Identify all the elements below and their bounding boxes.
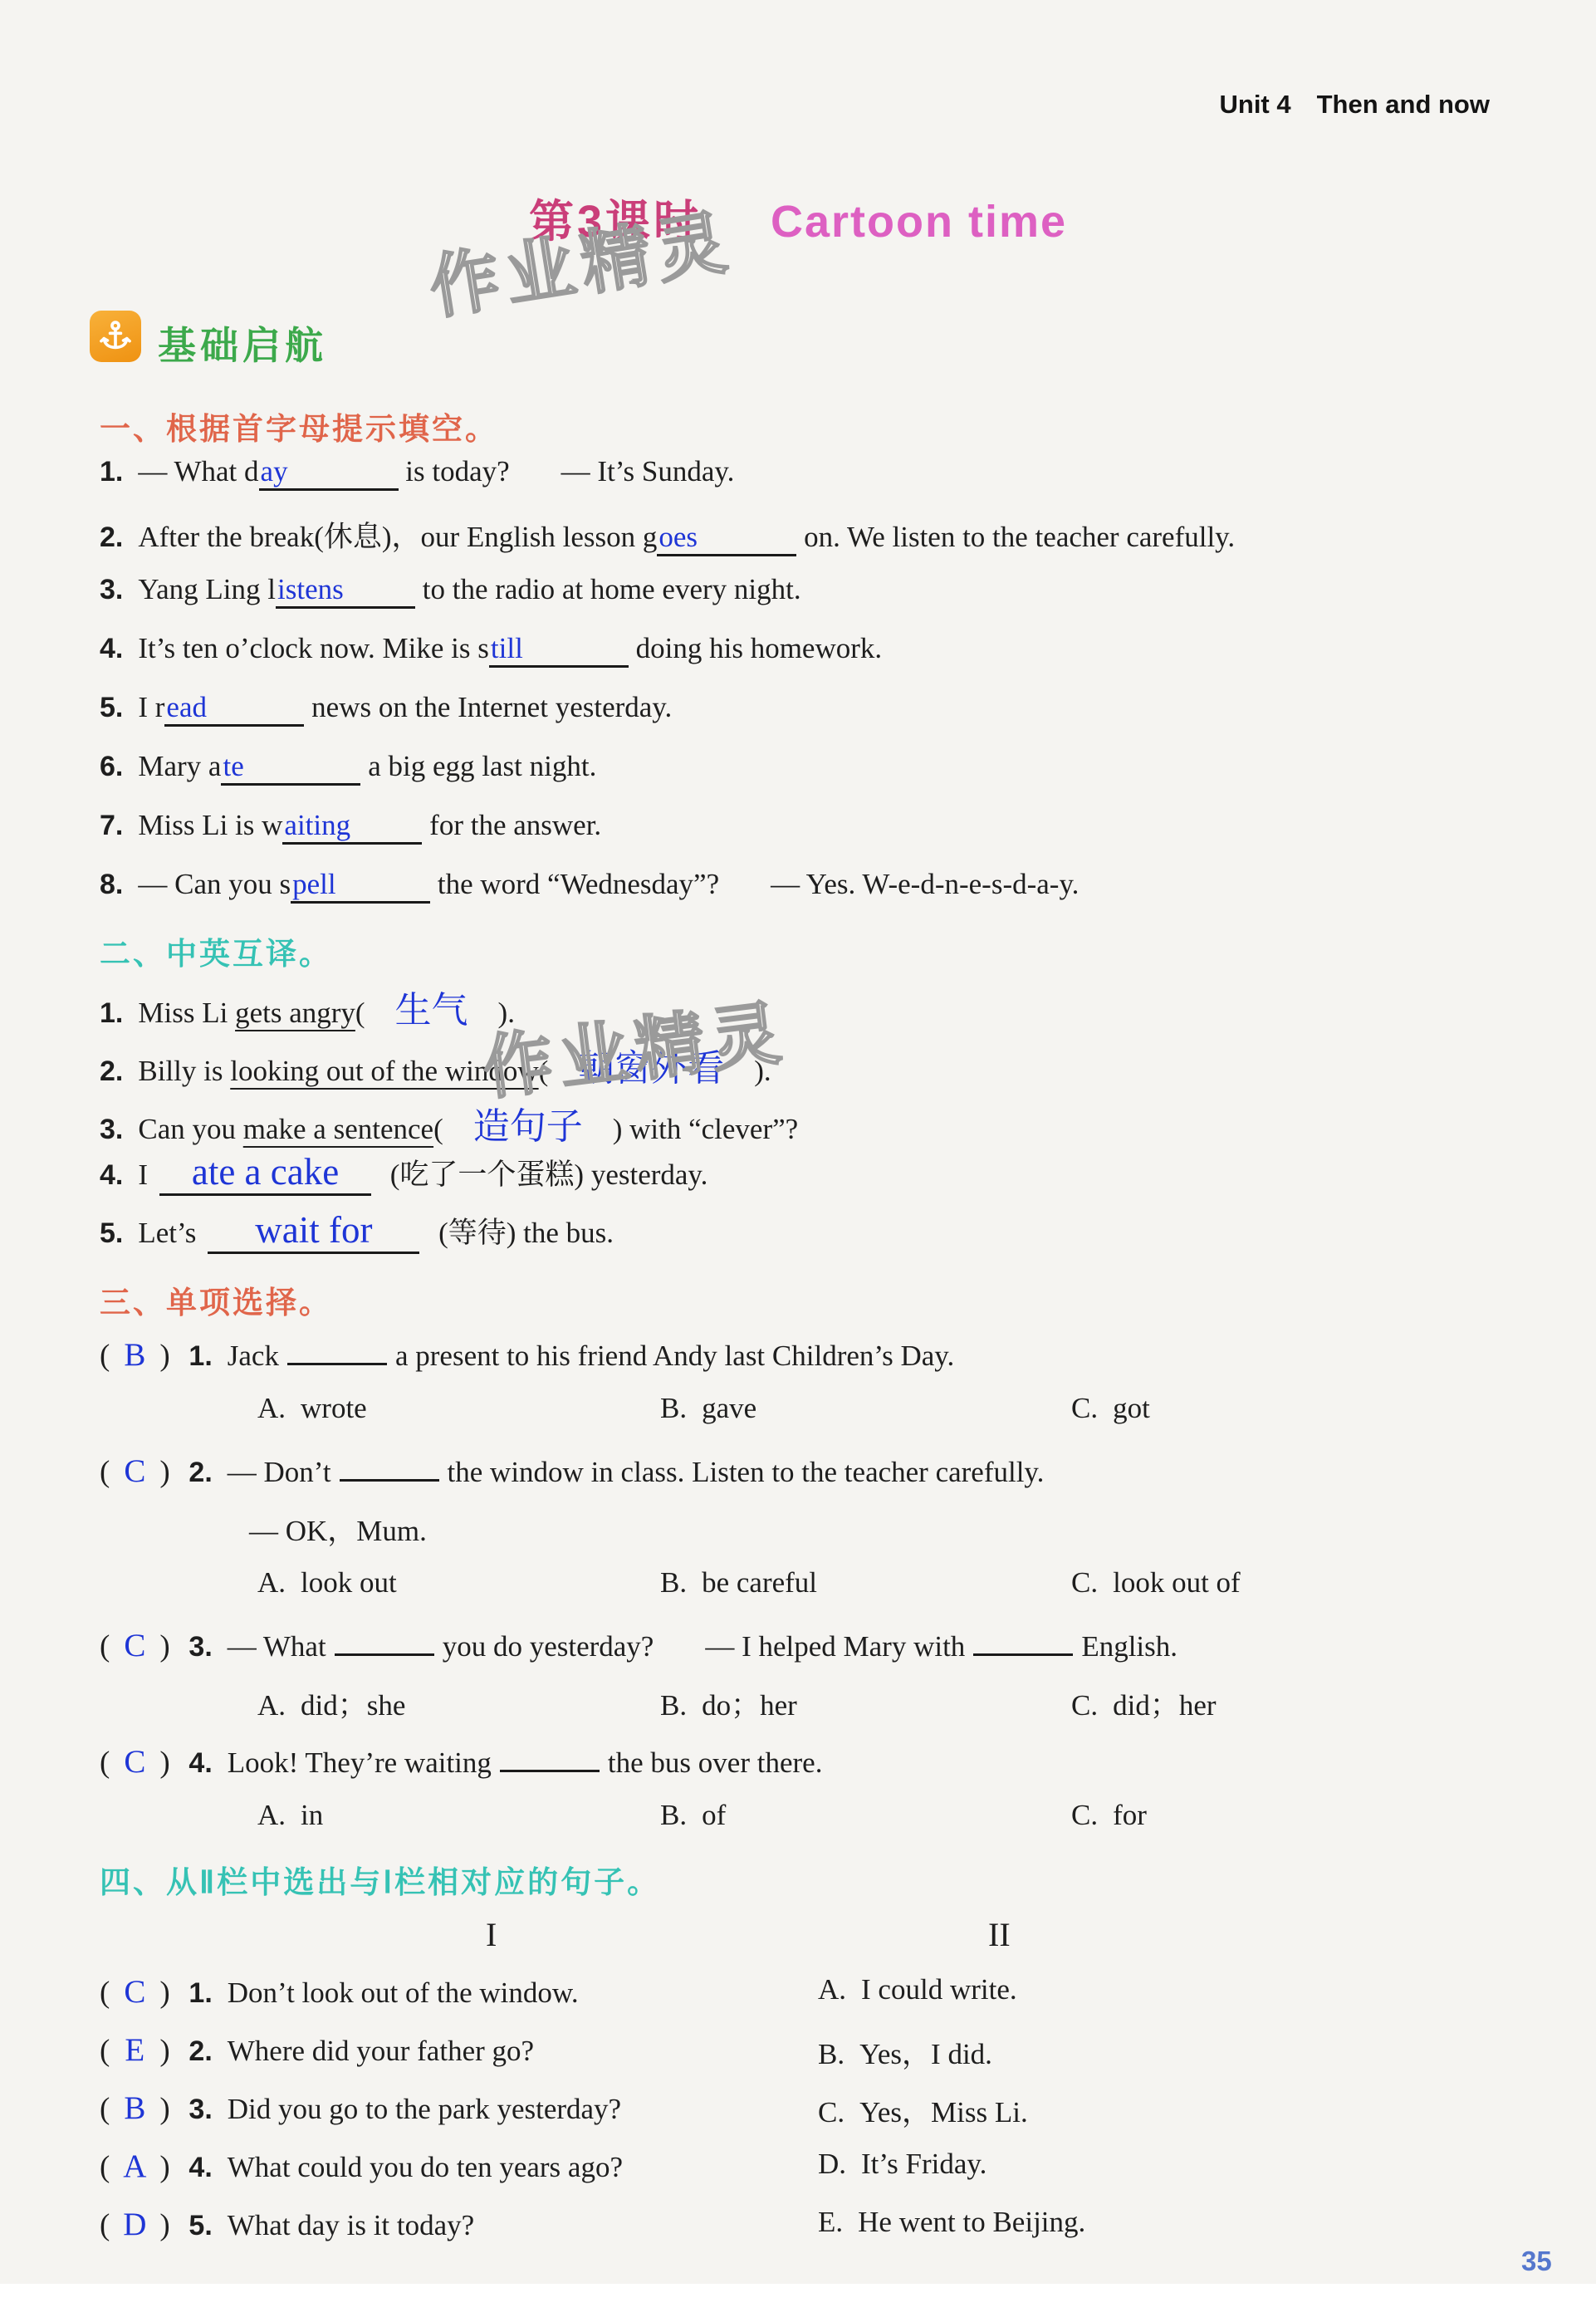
item-text: doing his homework. (636, 632, 883, 664)
item-number: 3. (188, 1631, 212, 1663)
paren: ) (159, 1976, 169, 2010)
section-1-heading: 一、根据首字母提示填空。 (100, 404, 498, 448)
section-3-heading: 三、单项选择。 (100, 1277, 332, 1322)
option-text: look out of (1113, 1566, 1241, 1599)
option-a: A.look out (257, 1566, 397, 1599)
underlined-phrase: looking out of the window (230, 1055, 538, 1087)
option-text: wrote (301, 1392, 367, 1424)
paren: ) (159, 2092, 169, 2126)
match-right-text: I could write. (861, 1973, 1017, 2006)
paren: ). (498, 997, 515, 1029)
paren: ( (100, 2092, 110, 2126)
question-text: — Don’t (228, 1456, 331, 1488)
item-number: 7. (100, 810, 123, 841)
paren: ( (100, 2208, 110, 2242)
section-4-heading: 四、从Ⅱ栏中选出与Ⅰ栏相对应的句子。 (100, 1857, 660, 1902)
blank-answer: aiting (284, 809, 350, 841)
chinese-answer: 造句子 (473, 1106, 583, 1147)
question-text: — What (228, 1630, 326, 1663)
item-text: (吃了一个蛋糕) yesterday. (390, 1158, 708, 1191)
fill-item-4: 4.It’s ten o’clock now. Mike is still do… (100, 632, 882, 668)
item-text: It’s ten o’clock now. Mike is s (138, 632, 489, 664)
lesson-topic: Cartoon time (771, 197, 1067, 247)
option-letter: A. (257, 1392, 286, 1424)
paren: ). (754, 1055, 771, 1087)
item-number: 4. (188, 1747, 212, 1779)
question-blank (287, 1334, 387, 1365)
item-number: 4. (100, 1159, 123, 1191)
item-text: After the break(休息)，our English lesson g (138, 521, 657, 553)
answer-letter: C (110, 1973, 159, 2011)
option-b: B.of (660, 1799, 726, 1832)
question-text: you do yesterday? (443, 1630, 654, 1663)
lesson-number: 第3课时 (529, 197, 702, 247)
fill-item-2: 2.After the break(休息)，our English lesson… (100, 514, 1235, 556)
option-text: look out (301, 1566, 397, 1599)
option-c: C.for (1071, 1799, 1147, 1832)
choice-question-4: (C) 4.Look! They’re waitingthe bus over … (100, 1741, 822, 1781)
option-c: C.look out of (1071, 1566, 1241, 1599)
match-row-5: (D) 5.What day is it today? E.He went to… (100, 2206, 1511, 2243)
option-letter: C. (818, 2096, 845, 2128)
answer-letter: C (110, 1743, 159, 1781)
blank-answer: till (491, 632, 523, 664)
item-number: 2. (100, 1056, 123, 1087)
option-text: in (301, 1799, 323, 1831)
item-text: Billy is (138, 1055, 230, 1087)
item-number: 5. (188, 2210, 212, 2241)
match-right-text: He went to Beijing. (858, 2206, 1085, 2238)
option-text: gave (702, 1392, 756, 1424)
option-text: be careful (702, 1566, 817, 1599)
item-text: I (138, 1158, 148, 1191)
page-bottom-margin (0, 2284, 1596, 2317)
option-letter: A. (257, 1799, 286, 1831)
question-blank (973, 1624, 1073, 1656)
item-number: 1. (100, 456, 123, 487)
item-text: — It’s Sunday. (561, 455, 735, 487)
option-letter: B. (660, 1799, 687, 1831)
item-text: on. We listen to the teacher carefully. (804, 521, 1235, 553)
item-text: a big egg last night. (368, 750, 596, 782)
paren: ( (100, 2034, 110, 2068)
answer-blank: aiting (282, 809, 422, 845)
option-letter: E. (818, 2206, 843, 2238)
question-text: — OK，Mum. (249, 1515, 427, 1547)
item-text: for the answer. (429, 809, 601, 841)
item-text: Mary a (138, 750, 221, 782)
item-text: is today? (405, 455, 509, 487)
item-text: Miss Li is w (138, 809, 282, 841)
answer-blank: ay (259, 455, 399, 491)
chinese-answer: 朝窗外看 (578, 1048, 724, 1089)
option-text: for (1113, 1799, 1147, 1831)
item-text: Let’s (138, 1217, 196, 1249)
paren: ) with “clever”? (613, 1113, 798, 1145)
fill-item-7: 7.Miss Li is waiting for the answer. (100, 809, 601, 845)
question-text: the bus over there. (608, 1746, 823, 1779)
item-text: — Can you s (138, 868, 291, 900)
option-a: A.did；she (257, 1683, 405, 1724)
badge-label: 基础启航 (158, 316, 327, 370)
paren: ) (159, 1339, 169, 1373)
match-right: A.I could write. (818, 1973, 1017, 2006)
answer-letter: A (110, 2148, 159, 2185)
question-blank (340, 1450, 439, 1482)
answer-letter: B (110, 2089, 159, 2127)
answer-blank: ead (164, 691, 304, 727)
anchor-icon (90, 311, 141, 362)
paren: ) (159, 2208, 169, 2242)
item-number: 3. (188, 2094, 212, 2125)
item-number: 1. (188, 1340, 212, 1372)
option-letter: A. (257, 1689, 286, 1722)
paren: ( (355, 997, 365, 1029)
chinese-answer: 生气 (395, 990, 468, 1031)
match-right: B.Yes，I did. (818, 2031, 992, 2073)
fill-item-3: 3.Yang Ling listens to the radio at home… (100, 573, 801, 609)
workbook-page: { "header": { "unit_label": "Unit 4 Then… (0, 0, 1596, 2317)
blank-answer: oes (658, 521, 698, 553)
match-right-text: It’s Friday. (861, 2148, 986, 2180)
option-text: do；her (702, 1689, 797, 1722)
item-number: 3. (100, 1114, 123, 1145)
choice-question-2: (C) 2.— Don’tthe window in class. Listen… (100, 1450, 1044, 1490)
translate-item-3: 3.Can you make a sentence(造句子) with “cle… (100, 1096, 798, 1149)
match-right: E.He went to Beijing. (818, 2206, 1085, 2239)
answer-blank: wait for (208, 1208, 419, 1254)
question-text: a present to his friend Andy last Childr… (395, 1340, 954, 1372)
answer-blank: ate a cake (159, 1150, 371, 1196)
choice-question-2-line2: — OK，Mum. (249, 1508, 427, 1550)
match-right: D.It’s Friday. (818, 2148, 986, 2181)
item-text: the word “Wednesday”? (438, 868, 719, 900)
fill-item-1: 1.— What day is today?— It’s Sunday. (100, 455, 734, 491)
match-left-text: What day is it today? (228, 2209, 474, 2241)
item-number: 4. (100, 633, 123, 664)
paren: ( (100, 1629, 110, 1663)
match-row-3: (B) 3.Did you go to the park yesterday? … (100, 2089, 1511, 2127)
blank-answer: istens (277, 573, 344, 605)
underlined-phrase: gets angry (235, 997, 355, 1029)
item-text: (等待) the bus. (438, 1217, 614, 1249)
fill-item-8: 8.— Can you spell the word “Wednesday”?—… (100, 868, 1079, 904)
item-text: Can you (138, 1113, 242, 1145)
paren: ) (159, 1455, 169, 1489)
answer-letter: C (110, 1452, 159, 1490)
item-number: 5. (100, 692, 123, 723)
translate-item-2: 2.Billy is looking out of the window(朝窗外… (100, 1038, 771, 1091)
option-c: C.got (1071, 1392, 1150, 1425)
option-letter: C. (1071, 1392, 1098, 1424)
item-number: 3. (100, 574, 123, 605)
option-letter: B. (660, 1566, 687, 1599)
option-a: A.in (257, 1799, 323, 1832)
answer-blank: te (221, 750, 360, 786)
paren: ( (100, 1746, 110, 1780)
option-text: of (702, 1799, 726, 1831)
paren: ( (539, 1055, 549, 1087)
paren: ( (100, 1339, 110, 1373)
item-text: I r (138, 691, 164, 723)
item-text: news on the Internet yesterday. (311, 691, 672, 723)
question-text: the window in class. Listen to the teach… (448, 1456, 1045, 1488)
paren: ) (159, 2150, 169, 2184)
item-text: to the radio at home every night. (423, 573, 801, 605)
question-text: Jack (228, 1340, 279, 1372)
option-letter: B. (660, 1392, 687, 1424)
option-letter: C. (1071, 1689, 1098, 1722)
answer-letter: D (110, 2206, 159, 2243)
fill-item-5: 5.I read news on the Internet yesterday. (100, 691, 672, 727)
unit-header: Unit 4 Then and now (1220, 83, 1491, 120)
underlined-phrase: make a sentence (243, 1113, 433, 1145)
question-text: — I helped Mary with (705, 1630, 965, 1663)
paren: ) (159, 1746, 169, 1780)
answer-letter: C (110, 1627, 159, 1664)
match-row-4: (A) 4.What could you do ten years ago? D… (100, 2148, 1511, 2185)
item-text: — What d (138, 455, 258, 487)
answer-letter: E (110, 2031, 159, 2069)
section-2-heading: 二、中英互译。 (100, 928, 332, 973)
item-number: 2. (188, 2035, 212, 2067)
match-left-text: Don’t look out of the window. (228, 1977, 579, 2009)
item-number: 8. (100, 869, 123, 900)
item-number: 2. (100, 522, 123, 553)
option-letter: B. (660, 1689, 687, 1722)
question-blank (500, 1741, 600, 1772)
match-right-text: Yes，Miss Li. (859, 2096, 1028, 2128)
option-letter: D. (818, 2148, 846, 2180)
answer-letter: B (110, 1336, 159, 1374)
match-right-text: Yes，I did. (859, 2038, 992, 2070)
match-row-2: (E) 2.Where did your father go? B.Yes，I … (100, 2031, 1511, 2069)
translate-item-5: 5.Let’swait for (等待) the bus. (100, 1208, 614, 1254)
choice-question-1: (B) 1.Jacka present to his friend Andy l… (100, 1334, 954, 1374)
item-number: 1. (100, 997, 123, 1029)
option-b: B.gave (660, 1392, 756, 1425)
option-letter: A. (257, 1566, 286, 1599)
item-text: Miss Li (138, 997, 235, 1029)
option-c: C.did；her (1071, 1683, 1217, 1724)
option-text: got (1113, 1392, 1150, 1424)
translate-item-1: 1.Miss Li gets angry(生气). (100, 980, 515, 1033)
option-a: A.wrote (257, 1392, 367, 1425)
blank-answer: pell (292, 868, 335, 900)
column-1-header: I (486, 1915, 497, 1954)
paren: ( (100, 1455, 110, 1489)
fill-item-6: 6.Mary ate a big egg last night. (100, 750, 596, 786)
item-number: 5. (100, 1217, 123, 1249)
match-left-text: Did you go to the park yesterday? (228, 2093, 621, 2125)
option-letter: C. (1071, 1799, 1098, 1831)
column-2-header: II (988, 1915, 1011, 1954)
item-number: 1. (188, 1977, 212, 2009)
option-letter: B. (818, 2038, 845, 2070)
page-title: 第3课时 Cartoon time (0, 186, 1596, 250)
match-right: C.Yes，Miss Li. (818, 2089, 1028, 2131)
answer-blank: istens (276, 573, 415, 609)
blank-answer: te (223, 750, 243, 782)
question-text: English. (1081, 1630, 1177, 1663)
match-left-text: What could you do ten years ago? (228, 2151, 623, 2183)
answer-blank: till (489, 632, 629, 668)
question-text: Look! They’re waiting (228, 1746, 492, 1779)
paren: ) (159, 1629, 169, 1663)
paren: ( (100, 2150, 110, 2184)
option-b: B.do；her (660, 1683, 797, 1724)
question-blank (335, 1624, 434, 1656)
option-text: did；she (301, 1689, 405, 1722)
item-number: 6. (100, 751, 123, 782)
blank-answer: ay (261, 455, 288, 487)
blank-answer: ate a cake (192, 1151, 339, 1193)
option-text: did；her (1113, 1689, 1216, 1722)
match-row-1: (C) 1.Don’t look out of the window. A.I … (100, 1973, 1511, 2011)
item-text: Yang Ling l (138, 573, 276, 605)
paren: ) (159, 2034, 169, 2068)
paren: ( (433, 1113, 443, 1145)
option-letter: A. (818, 1973, 846, 2006)
item-number: 4. (188, 2152, 212, 2183)
answer-blank: oes (657, 521, 796, 556)
answer-blank: pell (291, 868, 430, 904)
choice-question-3: (C) 3.— Whatyou do yesterday?— I helped … (100, 1624, 1177, 1664)
item-text: — Yes. W-e-d-n-e-s-d-a-y. (771, 868, 1079, 900)
match-left-text: Where did your father go? (228, 2035, 534, 2067)
item-number: 2. (188, 1457, 212, 1488)
blank-answer: ead (166, 691, 207, 723)
translate-item-4: 4.Iate a cake (吃了一个蛋糕) yesterday. (100, 1150, 707, 1196)
paren: ( (100, 1976, 110, 2010)
option-b: B.be careful (660, 1566, 817, 1599)
blank-answer: wait for (255, 1209, 372, 1251)
page-number: 35 (1521, 2246, 1552, 2277)
option-letter: C. (1071, 1566, 1098, 1599)
